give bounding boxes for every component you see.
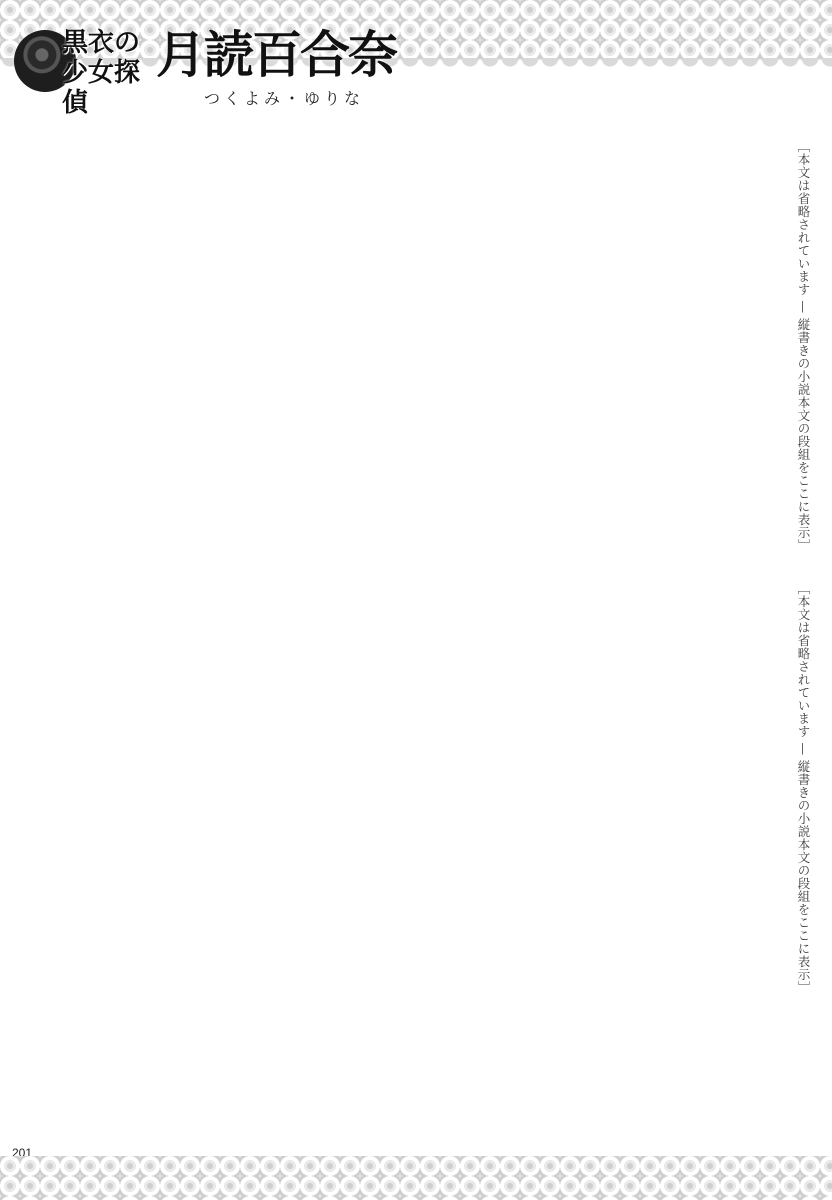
- body-text-lower-tier: ［本文は省略されています — 縦書きの小説本文の段組をここに表示］: [12, 582, 812, 1142]
- character-name-reading: つくよみ・ゆりな: [204, 86, 364, 109]
- lace-footer-border: [0, 1156, 832, 1200]
- title-logo: 黒衣の少女探偵 月読百合奈 つくよみ・ゆりな: [8, 24, 428, 120]
- series-title: 黒衣の少女探偵: [62, 28, 158, 118]
- body-text-upper-tier: ［本文は省略されています — 縦書きの小説本文の段組をここに表示］: [22, 140, 812, 560]
- character-name: 月読百合奈: [156, 24, 396, 86]
